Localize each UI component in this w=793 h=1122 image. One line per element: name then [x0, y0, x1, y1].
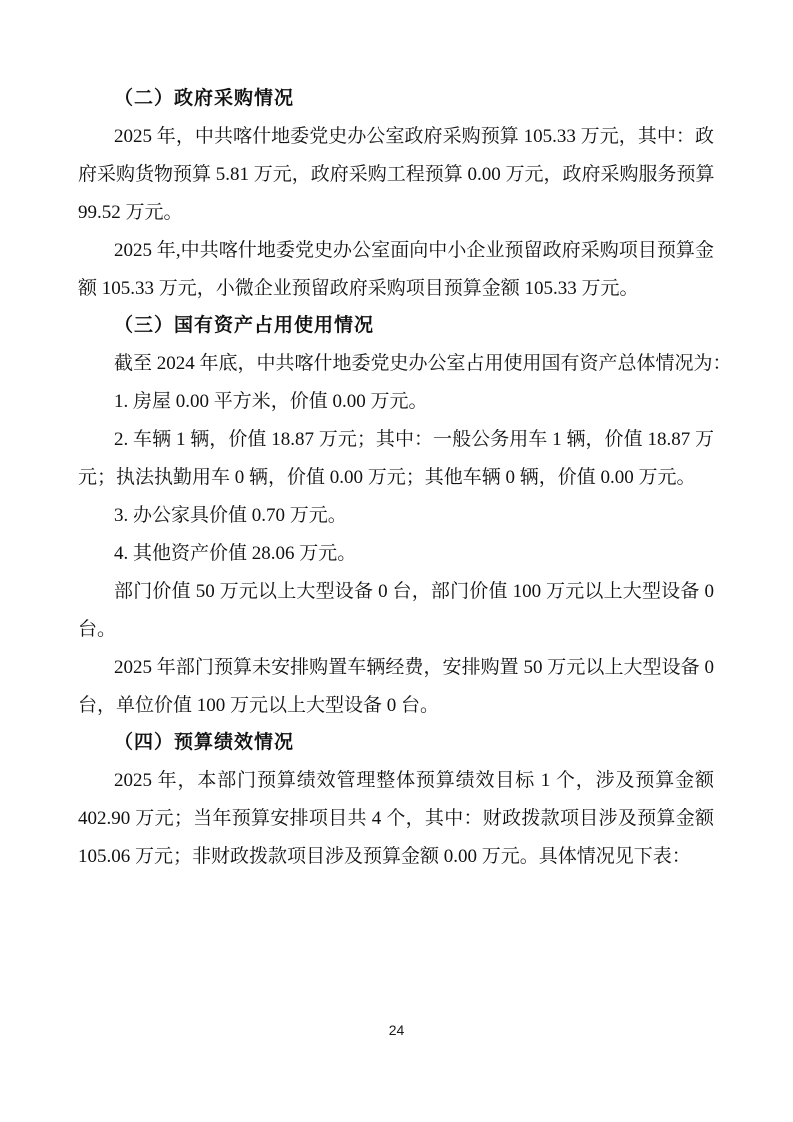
paragraph: 部门价值 50 万元以上大型设备 0 台，部门价值 100 万元以上大型设备 0… [78, 573, 714, 649]
section-budget-performance: （四）预算绩效情况 2025 年，本部门预算绩效管理整体预算绩效目标 1 个，涉… [78, 724, 714, 876]
body-line: 2025 年，本部门预算绩效管理整体预算绩效目标 1 个，涉及预算金额 [78, 762, 714, 800]
body-line: 部门价值 50 万元以上大型设备 0 台，部门价值 100 万元以上大型设备 0 [78, 573, 714, 611]
body-line: 额 105.33 万元，小微企业预留政府采购项目预算金额 105.33 万元。 [78, 270, 714, 308]
body-line: 台。 [78, 611, 714, 649]
body-line: 台，单位价值 100 万元以上大型设备 0 台。 [78, 687, 714, 725]
text-block: （二）政府采购情况 2025 年，中共喀什地委党史办公室政府采购预算 105.3… [78, 80, 714, 876]
body-line: 1. 房屋 0.00 平方米，价值 0.00 万元。 [78, 383, 714, 421]
paragraph: 2025 年，本部门预算绩效管理整体预算绩效目标 1 个，涉及预算金额 402.… [78, 762, 714, 876]
paragraph: 截至 2024 年底，中共喀什地委党史办公室占用使用国有资产总体情况为： [78, 345, 714, 383]
body-line: 402.90 万元；当年预算安排项目共 4 个，其中：财政拨款项目涉及预算金额 [78, 800, 714, 838]
paragraph: 2025 年部门预算未安排购置车辆经费，安排购置 50 万元以上大型设备 0 台… [78, 649, 714, 725]
body-line: 2025 年,中共喀什地委党史办公室面向中小企业预留政府采购项目预算金 [78, 232, 714, 270]
body-line: 2. 车辆 1 辆，价值 18.87 万元；其中：一般公务用车 1 辆，价值 1… [78, 421, 714, 459]
paragraph: 2025 年,中共喀什地委党史办公室面向中小企业预留政府采购项目预算金 额 10… [78, 232, 714, 308]
body-line: 3. 办公家具价值 0.70 万元。 [78, 497, 714, 535]
section-government-procurement: （二）政府采购情况 2025 年，中共喀什地委党史办公室政府采购预算 105.3… [78, 80, 714, 307]
section-heading: （二）政府采购情况 [78, 80, 714, 118]
body-line: 105.06 万元；非财政拨款项目涉及预算金额 0.00 万元。具体情况见下表： [78, 838, 714, 876]
body-line: 元；执法执勤用车 0 辆，价值 0.00 万元；其他车辆 0 辆，价值 0.00… [78, 459, 714, 497]
paragraph: 3. 办公家具价值 0.70 万元。 [78, 497, 714, 535]
paragraph: 1. 房屋 0.00 平方米，价值 0.00 万元。 [78, 383, 714, 421]
paragraph: 2025 年，中共喀什地委党史办公室政府采购预算 105.33 万元，其中：政 … [78, 118, 714, 232]
body-line: 2025 年，中共喀什地委党史办公室政府采购预算 105.33 万元，其中：政 [78, 118, 714, 156]
body-line: 截至 2024 年底，中共喀什地委党史办公室占用使用国有资产总体情况为： [78, 345, 714, 383]
body-line: 府采购货物预算 5.81 万元，政府采购工程预算 0.00 万元，政府采购服务预… [78, 156, 714, 194]
body-line: 2025 年部门预算未安排购置车辆经费，安排购置 50 万元以上大型设备 0 [78, 649, 714, 687]
section-state-owned-assets: （三）国有资产占用使用情况 截至 2024 年底，中共喀什地委党史办公室占用使用… [78, 307, 714, 724]
body-line: 99.52 万元。 [78, 194, 714, 232]
page-number: 24 [0, 1022, 793, 1038]
section-heading: （三）国有资产占用使用情况 [78, 307, 714, 345]
paragraph: 2. 车辆 1 辆，价值 18.87 万元；其中：一般公务用车 1 辆，价值 1… [78, 421, 714, 497]
document-page: （二）政府采购情况 2025 年，中共喀什地委党史办公室政府采购预算 105.3… [0, 0, 793, 1122]
section-heading: （四）预算绩效情况 [78, 724, 714, 762]
paragraph: 4. 其他资产价值 28.06 万元。 [78, 535, 714, 573]
body-line: 4. 其他资产价值 28.06 万元。 [78, 535, 714, 573]
